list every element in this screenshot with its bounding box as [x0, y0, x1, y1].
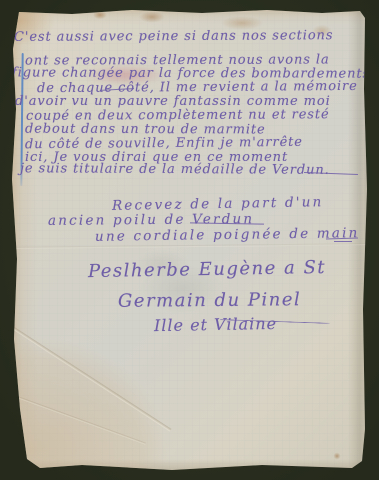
signature-place: Germain du Pinel — [118, 291, 301, 311]
signature-name: Peslherbe Eugène a St — [88, 259, 326, 281]
closing-line-3: une cordiale poignée de main — [95, 227, 360, 244]
handwriting-line-8: du côté de souville, Enfin je m'arrête — [25, 136, 303, 151]
handwriting-line-6: coupé en deux complètement nu et resté — [26, 108, 330, 123]
signature-department: Ille et Vilaine — [154, 316, 277, 334]
handwriting-line-4: de chaque côté, Il me revient a la mémoi… — [37, 80, 358, 95]
handwriting-line-7: debout dans un trou de marmite — [25, 123, 266, 137]
crease-bottom-left — [11, 326, 172, 432]
underline-main-2 — [334, 241, 352, 242]
handwriting-line-1: C'est aussi avec peine si dans nos secti… — [14, 29, 333, 44]
crease-bottom-left-2 — [4, 391, 146, 444]
scan-background: C'est aussi avec peine si dans nos secti… — [0, 0, 379, 480]
handwriting-line-10: je suis titulaire de la médaille de Verd… — [20, 162, 330, 177]
letter-page: C'est aussi avec peine si dans nos secti… — [12, 9, 367, 471]
handwriting-line-5: d'avoir vu un pauvre fantassin comme moi — [15, 95, 331, 108]
crease-horizontal — [12, 243, 367, 249]
